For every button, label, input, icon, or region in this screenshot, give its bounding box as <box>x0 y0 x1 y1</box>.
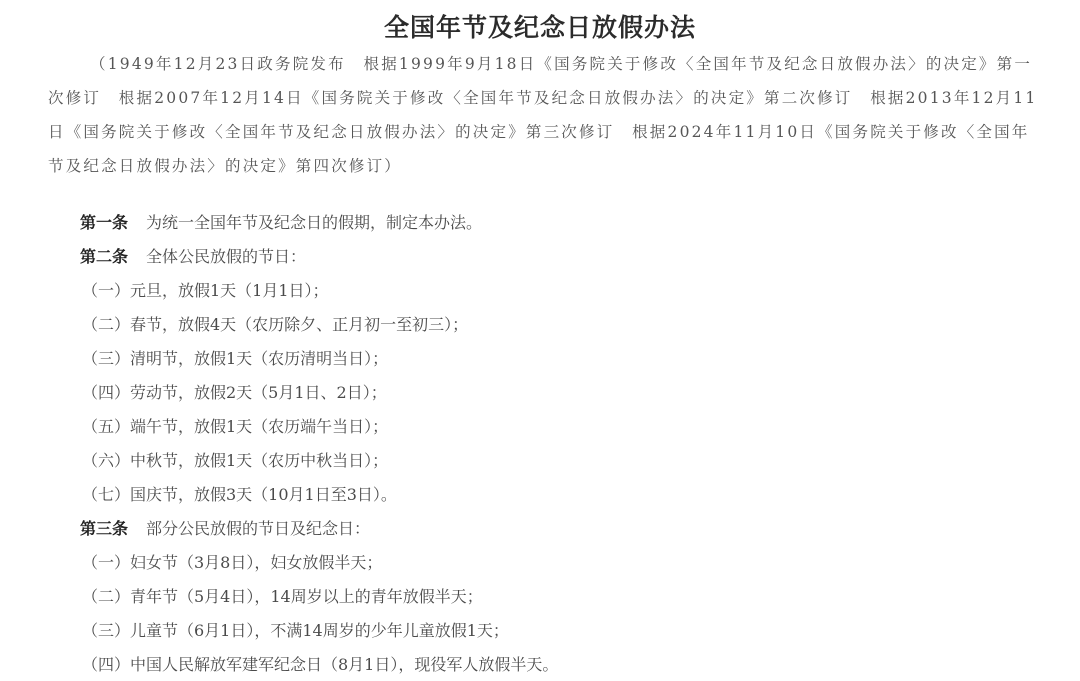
article-heading: 第二条 <box>80 247 128 266</box>
article-text: 为统一全国年节及纪念日的假期，制定本办法。 <box>146 213 482 232</box>
list-item: （二）春节，放假4天（农历除夕、正月初一至初三）； <box>80 308 1040 342</box>
document-preface: （1949年12月23日政务院发布 根据1999年9月18日《国务院关于修改〈全… <box>48 47 1038 183</box>
article-heading: 第三条 <box>80 519 128 538</box>
article-heading: 第一条 <box>80 213 128 232</box>
list-item: （六）中秋节，放假1天（农历中秋当日）； <box>80 444 1040 478</box>
article-1: 第一条为统一全国年节及纪念日的假期，制定本办法。 <box>80 206 1040 240</box>
list-item: （一）妇女节（3月8日），妇女放假半天； <box>80 546 1040 580</box>
list-item: （七）国庆节，放假3天（10月1日至3日）。 <box>80 478 1040 512</box>
document-body: 第一条为统一全国年节及纪念日的假期，制定本办法。 第二条全体公民放假的节日： （… <box>80 206 1040 681</box>
list-item: （三）儿童节（6月1日），不满14周岁的少年儿童放假1天； <box>80 614 1040 648</box>
document-title: 全国年节及纪念日放假办法 <box>0 10 1080 46</box>
article-text: 部分公民放假的节日及纪念日： <box>146 519 370 538</box>
list-item: （二）青年节（5月4日），14周岁以上的青年放假半天； <box>80 580 1040 614</box>
article-3: 第三条部分公民放假的节日及纪念日： <box>80 512 1040 546</box>
article-text: 全体公民放假的节日： <box>146 247 306 266</box>
list-item: （四）劳动节，放假2天（5月1日、2日）； <box>80 376 1040 410</box>
list-item: （四）中国人民解放军建军纪念日（8月1日），现役军人放假半天。 <box>80 648 1040 681</box>
article-2: 第二条全体公民放假的节日： <box>80 240 1040 274</box>
list-item: （一）元旦，放假1天（1月1日）； <box>80 274 1040 308</box>
list-item: （三）清明节，放假1天（农历清明当日）； <box>80 342 1040 376</box>
list-item: （五）端午节，放假1天（农历端午当日）； <box>80 410 1040 444</box>
